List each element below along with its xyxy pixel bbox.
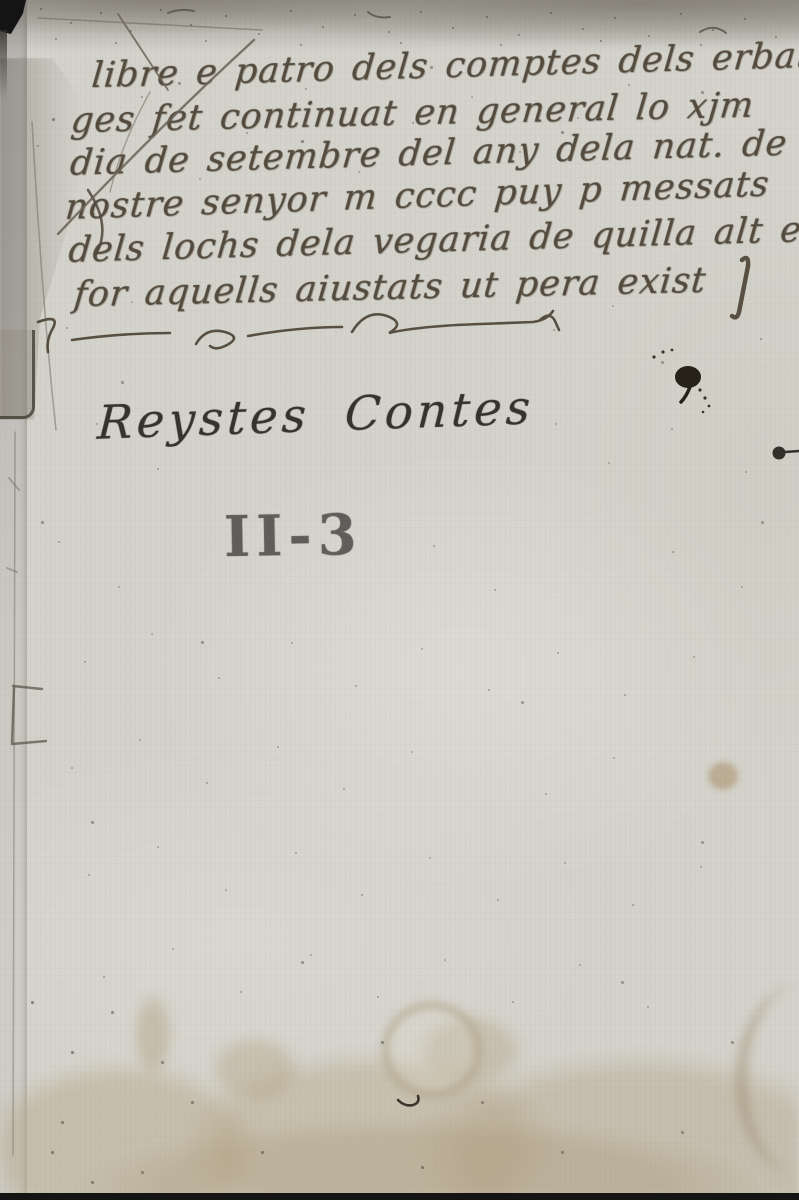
ink-marks-overlay [0, 0, 799, 1200]
margin-ruling [7, 432, 46, 1155]
scanned-manuscript-page: libre e patro dels comptes dels erbat ge… [0, 0, 799, 1200]
edge-blot [773, 447, 799, 460]
flourish-strokes [38, 258, 748, 352]
stain-squiggle-mark [398, 1096, 418, 1105]
bottom-black-edge [0, 1193, 799, 1200]
fold-crease-lines [32, 14, 262, 430]
ink-blot [652, 349, 710, 414]
